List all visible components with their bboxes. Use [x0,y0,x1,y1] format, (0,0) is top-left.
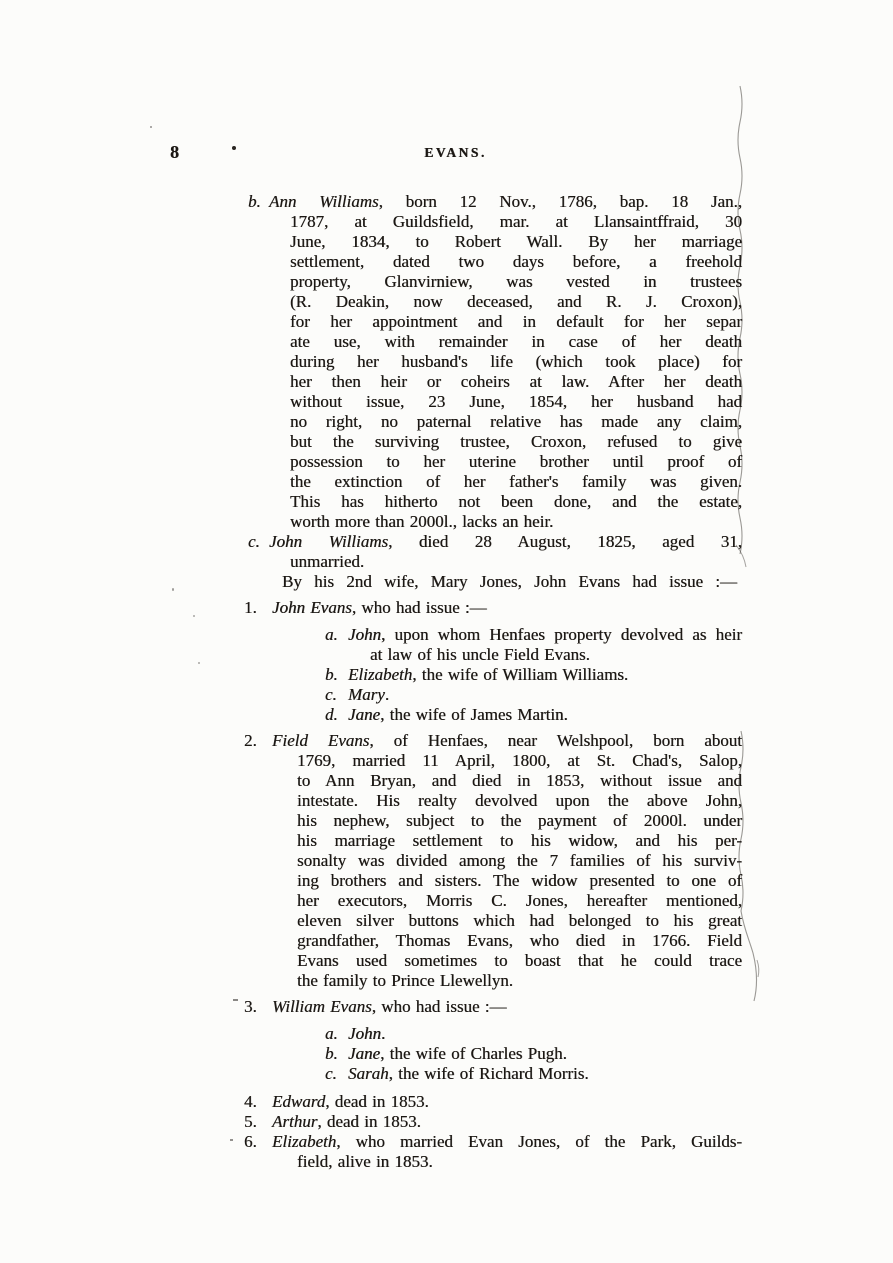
entry-text: . [385,685,389,704]
entry-label: 3. [244,997,257,1017]
entry-text: , who had issue :— [352,598,487,617]
entry-text: , of Henfaes, near Welshpool, born about [369,731,742,750]
sub-entry-elizabeth: b. Elizabeth, the wife of William Willia… [325,665,756,685]
entry-3-william-evans: 3. William Evans, who had issue :— [244,997,756,1017]
entry-text: , upon whom Henfaes property devolved as… [381,625,742,644]
text-line: the family to Prince Llewellyn. [297,971,742,991]
entry-label: b. [325,665,338,685]
text-line: her then heir or coheirs at law. After h… [290,372,742,392]
text-line: possession to her uterine brother until … [290,452,742,472]
entry-label: d. [325,705,338,725]
entry-text: , the wife of William Williams. [412,665,628,684]
text-line: to Ann Bryan, and died in 1853, without … [297,771,742,791]
entry-text: , dead in 1853. [317,1112,421,1131]
book-page: 8 EVANS. b. Ann Williams, born 12 Nov., … [0,0,893,1263]
ink-speck [172,588,174,591]
entry-ann-williams: b. Ann Williams, born 12 Nov., 1786, bap… [248,192,756,532]
person-name: Jane [348,1044,380,1063]
text-line: her executors, Morris C. Jones, hereafte… [297,891,742,911]
person-name: Field Evans [272,731,369,750]
paragraph-second-wife: By his 2nd wife, Mary Jones, John Evans … [282,572,737,592]
person-name: Edward [272,1092,325,1111]
text-line: no right, no paternal relative has made … [290,412,742,432]
entry-text: , died 28 August, 1825, aged 31, [388,532,742,551]
person-name: Jane [348,705,380,724]
text-line: settlement, dated two days before, a fre… [290,252,742,272]
sub-entry-john-2: a. John. [325,1024,756,1044]
text-line: property, Glanvirniew, was vested in tru… [290,272,742,292]
text-line: but the surviving trustee, Croxon, refus… [290,432,742,452]
text-line: ing brothers and sisters. The widow pres… [297,871,742,891]
entry-text: , who married Evan Jones, of the Park, G… [336,1132,742,1151]
ink-speck [198,662,200,664]
running-header: EVANS. [0,143,893,163]
text-line: worth more than 2000l., lacks an heir. [290,512,742,532]
text-line: during her husband's life (which took pl… [290,352,742,372]
sub-entry-mary: c. Mary. [325,685,756,705]
entry-label: 4. [244,1092,257,1112]
person-name: John Williams [269,532,388,551]
text-line: (R. Deakin, now deceased, and R. J. Crox… [290,292,742,312]
entry-2-field-evans: 2. Field Evans, of Henfaes, near Welshpo… [244,731,756,991]
entry-text: . [381,1024,385,1043]
text-line: at law of his uncle Field Evans. [370,645,742,665]
entry-label: a. [325,625,338,645]
text-line: intestate. His realty devolved upon the … [297,791,742,811]
sub-entry-sarah: c. Sarah, the wife of Richard Morris. [325,1064,756,1084]
entry-6-elizabeth: 6. Elizabeth, who married Evan Jones, of… [244,1132,756,1172]
entry-text: , the wife of James Martin. [380,705,568,724]
person-name: Ann Williams [269,192,379,211]
text-line: the extinction of her father's family wa… [290,472,742,492]
ink-speck [150,126,152,128]
text-line: sonalty was divided among the 7 families… [297,851,742,871]
entry-label: c. [325,1064,337,1084]
entry-label: c. [325,685,337,705]
text-line: his nephew, subject to the payment of 20… [297,811,742,831]
entry-label: 1. [244,598,257,618]
entry-label: 2. [244,731,257,751]
entry-text: , born 12 Nov., 1786, bap. 18 Jan., [379,192,742,211]
sub-entry-john: a. John, upon whom Henfaes property devo… [325,625,756,665]
entry-text: , the wife of Richard Morris. [389,1064,589,1083]
text-line: eleven silver buttons which had belonged… [297,911,742,931]
person-name: William Evans [272,997,372,1016]
person-name: Elizabeth [348,665,412,684]
text-line: field, alive in 1853. [297,1152,742,1172]
text-line: Evans used sometimes to boast that he co… [297,951,742,971]
entry-label: 6. [244,1132,257,1152]
page-body: b. Ann Williams, born 12 Nov., 1786, bap… [244,192,756,1172]
person-name: John [348,625,381,644]
entry-label: c. [248,532,260,552]
text-line: 1787, at Guildsfield, mar. at Llansaintf… [290,212,742,232]
text-line: ate use, with remainder in case of her d… [290,332,742,352]
entry-label: b. [325,1044,338,1064]
entry-text: , who had issue :— [372,997,507,1016]
person-name: Sarah [348,1064,389,1083]
sub-entry-jane: d. Jane, the wife of James Martin. [325,705,756,725]
person-name: John Evans [272,598,352,617]
entry-4-edward: 4. Edward, dead in 1853. [244,1092,756,1112]
entry-5-arthur: 5. Arthur, dead in 1853. [244,1112,756,1132]
entry-label: b. [248,192,261,212]
person-name: Elizabeth [272,1132,336,1151]
person-name: Mary [348,685,385,704]
text-line: 1769, married 11 April, 1800, at St. Cha… [297,751,742,771]
entry-label: 5. [244,1112,257,1132]
entry-label: a. [325,1024,338,1044]
text-line: grandfather, Thomas Evans, who died in 1… [297,931,742,951]
entry-text: , dead in 1853. [325,1092,429,1111]
entry-1-john-evans: 1. John Evans, who had issue :— [244,598,756,618]
text-line: This has hitherto not been done, and the… [290,492,742,512]
ink-speck [233,999,238,1001]
entry-text: , the wife of Charles Pugh. [380,1044,567,1063]
text-line: for her appointment and in default for h… [290,312,742,332]
entry-john-williams: c. John Williams, died 28 August, 1825, … [248,532,756,572]
ink-speck [193,615,195,617]
text-line: without issue, 23 June, 1854, her husban… [290,392,742,412]
text-line: June, 1834, to Robert Wall. By her marri… [290,232,742,252]
ink-speck [230,1139,233,1141]
text-line: his marriage settlement to his widow, an… [297,831,742,851]
person-name: John [348,1024,381,1043]
text-line: unmarried. [290,552,742,572]
sub-entry-jane-2: b. Jane, the wife of Charles Pugh. [325,1044,756,1064]
ink-speck [232,146,236,150]
person-name: Arthur [272,1112,317,1131]
